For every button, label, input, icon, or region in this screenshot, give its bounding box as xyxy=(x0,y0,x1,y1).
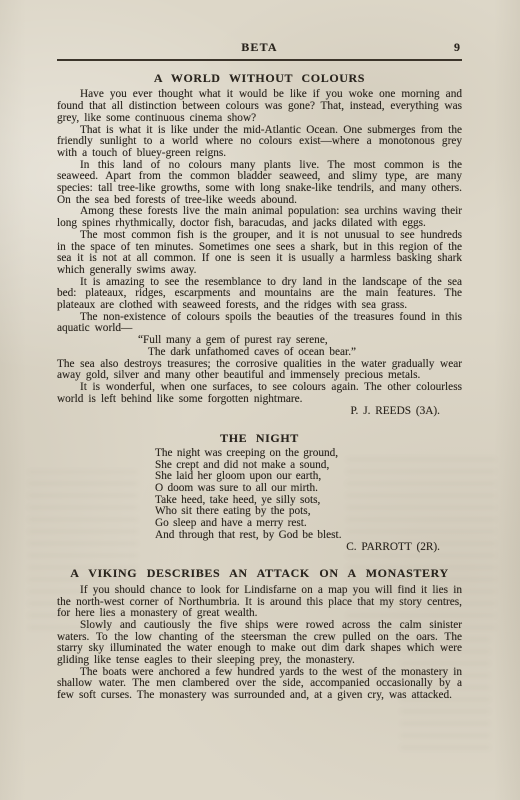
poem-line: The night was creeping on the ground, xyxy=(155,448,462,460)
running-head: BETA 9 xyxy=(57,42,462,54)
quote-line: The dark unfathomed caves of ocean bear.… xyxy=(148,347,462,359)
paragraph: The most common fish is the grouper, and… xyxy=(57,230,462,277)
paragraph: The sea also destroys treasures; the cor… xyxy=(57,359,462,382)
paragraph: Have you ever thought what it would be l… xyxy=(57,89,462,124)
paragraph: The non-existence of colours spoils the … xyxy=(57,312,462,335)
article-title: A WORLD WITHOUT COLOURS xyxy=(57,73,462,85)
header-rule xyxy=(57,59,462,61)
verse-quote: “Full many a gem of purest ray serene, T… xyxy=(138,335,462,358)
paragraph: In this land of no colours many plants l… xyxy=(57,160,462,207)
author-byline: C. PARROTT (2R). xyxy=(57,542,462,554)
article-viking-attack: A VIKING DESCRIBES AN ATTACK ON A MONAST… xyxy=(57,568,462,702)
paragraph: That is what it is like under the mid-At… xyxy=(57,125,462,160)
paragraph: The boats were anchored a few hundred ya… xyxy=(57,667,462,702)
paragraph: If you should chance to look for Lindisf… xyxy=(57,585,462,620)
poem: The night was creeping on the ground, Sh… xyxy=(155,448,462,542)
poem-line: O doom was sure to all our mirth. xyxy=(155,483,462,495)
article-the-night: THE NIGHT The night was creeping on the … xyxy=(57,433,462,554)
poem-line: And through that rest, by God be blest. xyxy=(155,530,462,542)
paragraph: Slowly and cautiously the five ships wer… xyxy=(57,620,462,667)
article-title: THE NIGHT xyxy=(57,433,462,445)
page-number: 9 xyxy=(454,42,460,54)
article-world-without-colours: A WORLD WITHOUT COLOURS Have you ever th… xyxy=(57,73,462,418)
journal-title: BETA xyxy=(241,40,278,54)
paragraph: It is amazing to see the resemblance to … xyxy=(57,277,462,312)
poem-line: Go sleep and have a merry rest. xyxy=(155,518,462,530)
scanned-magazine-page: BETA 9 A WORLD WITHOUT COLOURS Have you … xyxy=(0,0,520,800)
author-byline: P. J. REEDS (3A). xyxy=(57,406,462,418)
paragraph: It is wonderful, when one surfaces, to s… xyxy=(57,382,462,405)
article-title: A VIKING DESCRIBES AN ATTACK ON A MONAST… xyxy=(57,568,462,580)
paragraph: Among these forests live the main animal… xyxy=(57,206,462,229)
